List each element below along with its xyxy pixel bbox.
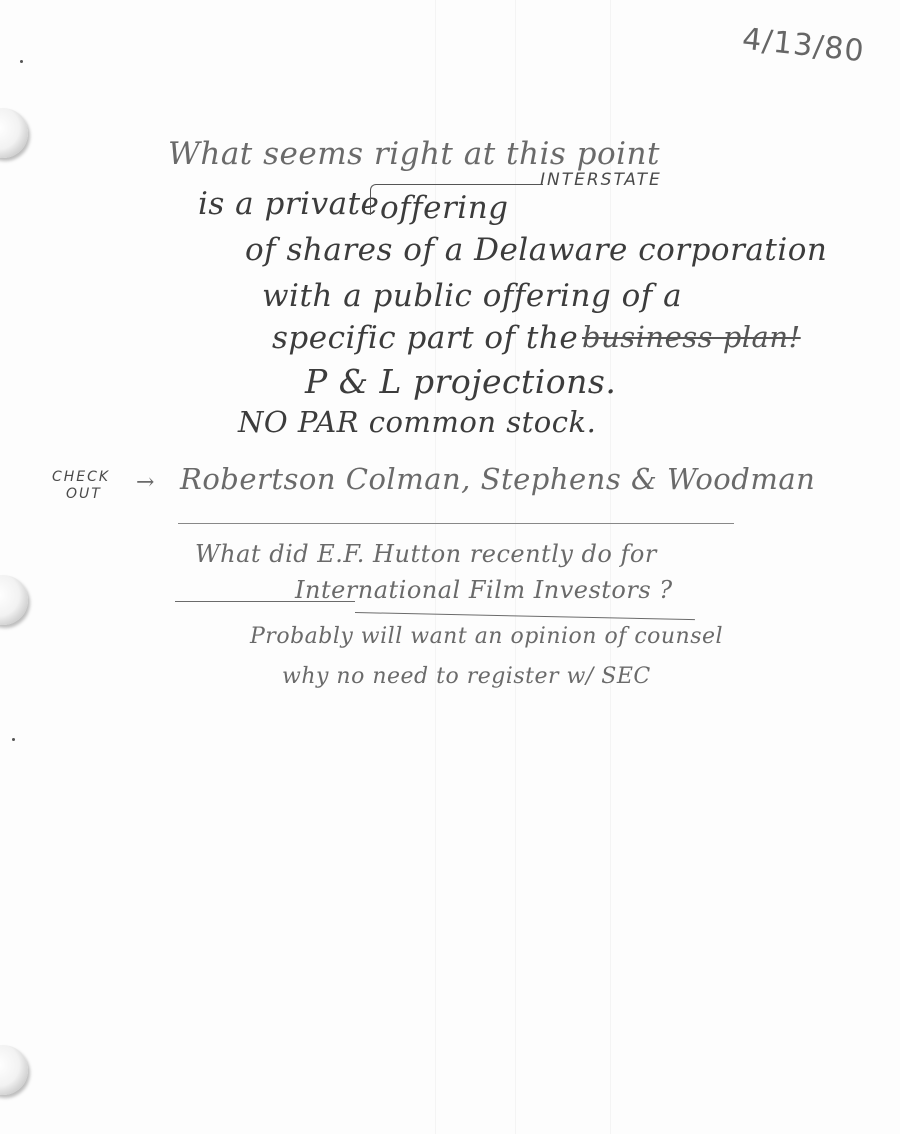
counsel-line-2: why no need to register w/ SEC <box>282 664 651 689</box>
note-line-1: What seems right at this point <box>168 136 660 172</box>
note-line-7: NO PAR common stock. <box>238 405 596 439</box>
binder-hole-icon <box>0 575 28 625</box>
counsel-line-1: Probably will want an opinion of counsel <box>250 624 723 649</box>
binder-hole-icon <box>0 108 28 158</box>
arrow-right-icon: → <box>136 470 155 495</box>
check-out-label-1: CHECK <box>52 469 110 485</box>
note-line-2-suffix: offering <box>380 190 509 226</box>
scanned-note-page: 4/13/80 What seems right at this point i… <box>0 0 900 1134</box>
question-line-1: What did E.F. Hutton recently do for <box>195 540 657 568</box>
note-insert-interstate: INTERSTATE <box>540 170 662 190</box>
divider-line <box>355 612 695 620</box>
divider-line <box>178 523 734 524</box>
check-out-text: Robertson Colman, Stephens & Woodman <box>180 462 815 496</box>
note-line-5-prefix: specific part of the <box>272 320 578 356</box>
note-line-6: P & L projections. <box>305 362 616 401</box>
paper-speck <box>20 60 23 63</box>
note-date: 4/13/80 <box>741 22 867 70</box>
note-line-4: with a public offering of a <box>262 278 682 314</box>
paper-speck <box>12 738 15 741</box>
note-line-3: of shares of a Delaware corporation <box>245 232 827 268</box>
divider-line <box>175 601 355 602</box>
note-line-2-prefix: is a private <box>198 186 379 222</box>
question-line-2: International Film Investors ? <box>295 576 673 604</box>
check-out-label-2: OUT <box>66 486 102 502</box>
note-line-5-struck: business plan! <box>582 320 801 354</box>
binder-hole-icon <box>0 1045 28 1095</box>
